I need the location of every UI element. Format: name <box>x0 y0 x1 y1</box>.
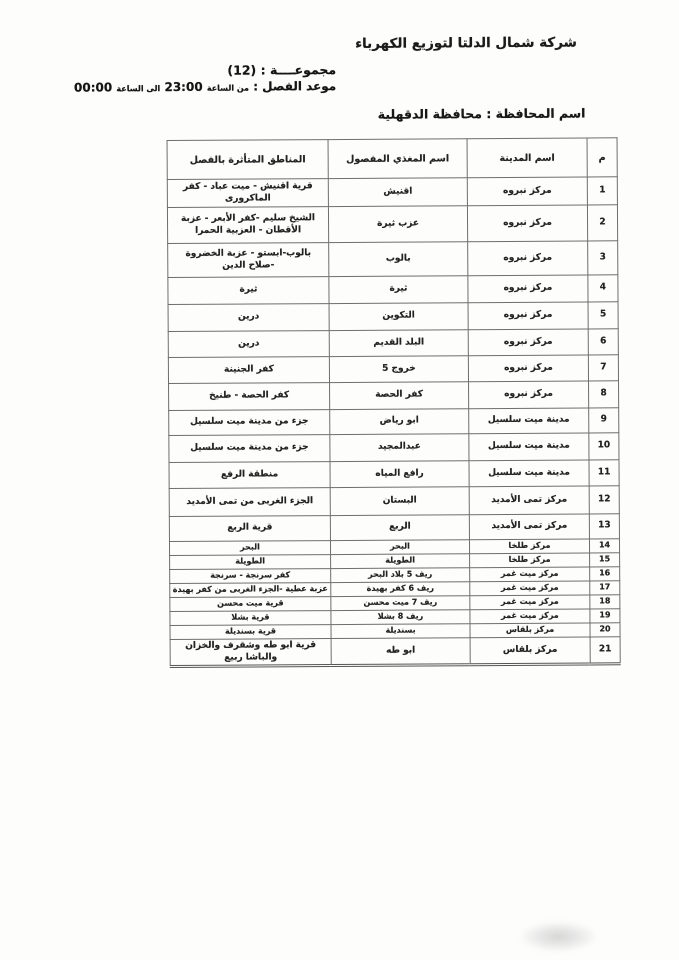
table-row: 21مركز بلقاسابو طهقرية ابو طه وشقرف والخ… <box>170 637 620 667</box>
cell-affected-areas: عزبة عطية -الجزء الغربى من كفر بهيدة <box>170 583 331 598</box>
table-header-row: م اسم المدينة اسم المغذي المفصول المناطق… <box>167 138 617 180</box>
cell-row-number: 18 <box>590 595 620 609</box>
cell-row-number: 20 <box>590 623 620 637</box>
cell-row-number: 10 <box>589 433 619 460</box>
cell-affected-areas: منطقة الرفع <box>169 462 330 489</box>
column-header-feeder: اسم المغذي المفصول <box>328 139 467 179</box>
table-row: 2مركز نبروهعزب ثيرةالشيخ سليم -كفر الأبع… <box>167 205 617 244</box>
table-row: 8مركز نبروهكفر الحصةكفر الحصة - طنيخ <box>169 381 619 411</box>
cell-feeder-name: ابو طه <box>331 638 470 666</box>
cell-city-name: مركز تمى الأمديد <box>469 514 589 540</box>
cell-feeder-name: ريف 5 بلاد البحر <box>331 568 470 583</box>
cell-row-number: 8 <box>589 381 619 408</box>
cell-feeder-name: خروج 5 <box>329 356 468 383</box>
cell-affected-areas: قرية اقنيش - ميت عباد - كفر الماكرورى <box>167 179 328 208</box>
cell-city-name: مركز نبروه <box>468 329 588 356</box>
table-row: 11مدينة ميت سلسيلرافع المياهمنطقة الرفع <box>169 460 619 489</box>
from-hour-word: من الساعة <box>207 84 249 93</box>
cell-feeder-name: ريف 8 بشلا <box>331 610 470 625</box>
cell-affected-areas: بالوب-ابستو - عزبة الخضروة -صلاح الدين <box>168 243 329 278</box>
cell-affected-areas: قرية بشلا <box>170 611 331 626</box>
cell-city-name: مركز طلخا <box>470 553 590 568</box>
cell-feeder-name: البلد القديم <box>329 330 468 357</box>
to-hour-word: الى الساعة <box>116 84 160 93</box>
cell-affected-areas: جزء من مدينة ميت سلسيل <box>169 435 330 463</box>
cell-affected-areas: قرية الربع <box>169 516 330 542</box>
cell-row-number: 15 <box>590 553 620 567</box>
table-row: 5مركز نبروهالتكويندرين <box>168 302 618 332</box>
cell-row-number: 19 <box>590 609 620 623</box>
cell-affected-areas: جزء من مدينة ميت سلسيل <box>169 410 330 436</box>
cell-affected-areas: ثيرة <box>168 277 329 305</box>
cell-row-number: 17 <box>590 581 620 595</box>
cell-city-name: مركز بلقاس <box>470 623 590 638</box>
cell-city-name: مدينة ميت سلسيل <box>469 408 589 434</box>
to-time-value: 00:00 <box>74 80 112 94</box>
cell-feeder-name: عبدالمجيد <box>330 434 469 462</box>
cell-affected-areas: قرية ميت محسن <box>170 597 331 612</box>
disconnection-time-label: موعد الفصل : <box>253 79 336 94</box>
cell-feeder-name: البستان <box>330 487 469 516</box>
governorate-name-line: اسم المحافظة : محافظة الدقهلية <box>378 105 586 121</box>
cell-city-name: مركز ميت غمر <box>470 595 590 610</box>
table-row: 4مركز نبروهثيرةثيرة <box>168 275 618 305</box>
company-title: شركة شمال الدلتا لتوزيع الكهرباء <box>355 35 577 52</box>
cell-row-number: 12 <box>589 486 619 514</box>
cell-row-number: 4 <box>588 275 618 302</box>
cell-city-name: مركز ميت غمر <box>470 581 590 596</box>
cell-affected-areas: الجزء الغربى من تمى الأمديد <box>169 488 330 517</box>
cell-row-number: 21 <box>590 637 620 664</box>
cell-feeder-name: التكوين <box>329 303 468 331</box>
cell-feeder-name: رافع المياه <box>330 461 469 488</box>
scan-smudge <box>518 920 598 952</box>
cell-city-name: مركز نبروه <box>468 355 588 382</box>
cell-feeder-name: ابو رياض <box>330 409 469 435</box>
cell-city-name: مركز نبروه <box>467 205 587 242</box>
table-row: 3مركز نبروهبالوببالوب-ابستو - عزبة الخضر… <box>168 241 618 278</box>
cell-feeder-name: كفر الحصة <box>330 382 469 410</box>
cell-row-number: 16 <box>590 567 620 581</box>
cell-city-name: مركز نبروه <box>469 381 589 409</box>
scanned-document-page: شركة شمال الدلتا لتوزيع الكهرباء مجموعــ… <box>0 0 679 960</box>
column-header-city: اسم المدينة <box>467 138 587 178</box>
cell-row-number: 11 <box>589 460 619 486</box>
cell-affected-areas: درين <box>168 331 329 358</box>
cell-affected-areas: الطويلة <box>170 555 331 570</box>
cell-affected-areas: كفر سرنجة - سرنجة <box>170 569 331 584</box>
cell-row-number: 7 <box>588 355 618 381</box>
cell-row-number: 1 <box>587 177 617 205</box>
disconnection-time-line: موعد الفصل : من الساعة 23:00 الى الساعة … <box>32 79 336 95</box>
cell-city-name: مركز نبروه <box>468 241 588 276</box>
cell-affected-areas: درين <box>168 304 329 332</box>
cell-city-name: مركز نبروه <box>468 302 588 330</box>
cell-feeder-name: بالوب <box>329 242 468 277</box>
cell-row-number: 5 <box>588 302 618 329</box>
cell-row-number: 9 <box>589 408 619 433</box>
cell-city-name: مركز نبروه <box>468 275 588 303</box>
column-header-number: م <box>587 138 617 177</box>
cell-city-name: مركز تمى الأمديد <box>469 486 589 515</box>
cell-feeder-name: ريف 7 ميت محسن <box>331 596 470 611</box>
cell-feeder-name: الطويلة <box>331 554 470 569</box>
from-time-value: 23:00 <box>164 80 202 94</box>
cell-affected-areas: كفر الجنينة <box>168 357 329 384</box>
column-header-areas: المناطق المتأثرة بالفصل <box>167 140 328 180</box>
cell-city-name: مركز ميت غمر <box>470 609 590 624</box>
table-row: 6مركز نبروهالبلد القديمدرين <box>168 329 618 358</box>
cell-city-name: مدينة ميت سلسيل <box>469 433 589 461</box>
cell-affected-areas: البحر <box>169 541 330 556</box>
cell-affected-areas: الشيخ سليم -كفر الأبعر - عزبة الأقطان - … <box>167 207 328 244</box>
group-number-label: مجموعــــة : (12) <box>32 62 336 79</box>
cell-feeder-name: البحر <box>330 540 469 555</box>
cell-city-name: مركز بلقاس <box>470 637 590 665</box>
cell-affected-areas: قرية ابو طه وشقرف والخزان والباشا ربيع <box>170 639 331 667</box>
table-body: 1مركز نبروهاقنيشقرية اقنيش - ميت عباد - … <box>167 177 620 667</box>
outage-schedule-table: م اسم المدينة اسم المغذي المفصول المناطق… <box>167 137 621 668</box>
cell-city-name: مركز طلخا <box>469 539 589 554</box>
cell-feeder-name: ريف 6 كفر بهيدة <box>331 582 470 597</box>
cell-affected-areas: كفر الحصة - طنيخ <box>169 383 330 411</box>
cell-city-name: مركز نبروه <box>467 177 587 206</box>
cell-feeder-name: بسنديلة <box>331 624 470 639</box>
cell-affected-areas: قرية بسنديلة <box>170 625 331 640</box>
table-row: 13مركز تمى الأمديدالربعقرية الربع <box>169 514 619 542</box>
table-row: 7مركز نبروهخروج 5كفر الجنينة <box>168 355 618 384</box>
cell-row-number: 14 <box>589 539 619 553</box>
cell-city-name: مدينة ميت سلسيل <box>469 460 589 487</box>
table-row: 1مركز نبروهاقنيشقرية اقنيش - ميت عباد - … <box>167 177 617 208</box>
cell-feeder-name: اقنيش <box>328 178 467 207</box>
cell-feeder-name: الربع <box>330 515 469 541</box>
table-row: 9مدينة ميت سلسيلابو رياضجزء من مدينة ميت… <box>169 408 619 436</box>
cell-row-number: 13 <box>589 514 619 539</box>
table-row: 10مدينة ميت سلسيلعبدالمجيدجزء من مدينة م… <box>169 433 619 463</box>
document-content: شركة شمال الدلتا لتوزيع الكهرباء مجموعــ… <box>0 0 679 960</box>
group-schedule-block: مجموعــــة : (12) موعد الفصل : من الساعة… <box>32 62 336 95</box>
cell-row-number: 3 <box>588 241 618 275</box>
cell-feeder-name: عزب ثيرة <box>328 206 467 243</box>
table-row: 12مركز تمى الأمديدالبستانالجزء الغربى من… <box>169 486 619 517</box>
cell-row-number: 2 <box>587 205 617 241</box>
cell-row-number: 6 <box>588 329 618 355</box>
cell-city-name: مركز ميت غمر <box>470 567 590 582</box>
cell-feeder-name: ثيرة <box>329 276 468 304</box>
